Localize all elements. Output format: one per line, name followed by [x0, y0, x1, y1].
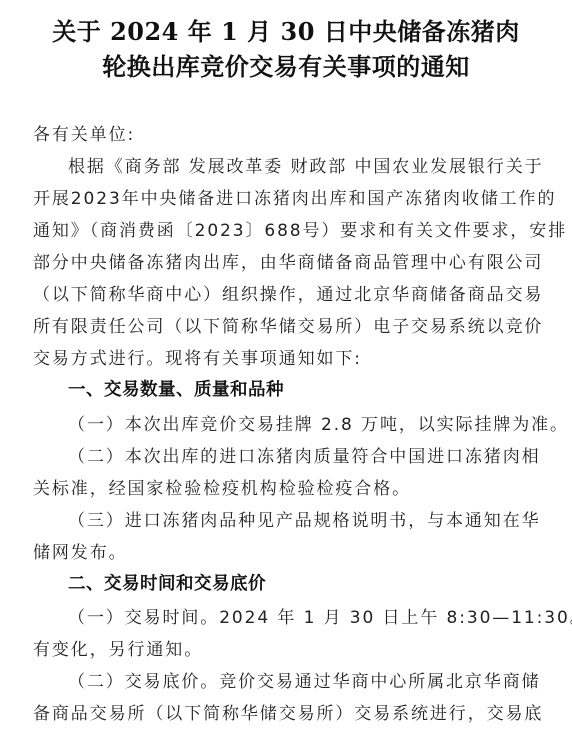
section-heading-2: 二、交易时间和交易底价 — [68, 570, 266, 595]
body-line: 根据《商务部 发展改革委 财政部 中国农业发展银行关于 — [68, 152, 544, 177]
section2-line: （二）交易底价。竞价交易通过华商中心所属北京华商储 — [68, 667, 541, 692]
section2-line: 有变化，另行通知。 — [33, 635, 203, 660]
body-line: 部分中央储备冻猪肉出库，由华商储备商品管理中心有限公司 — [33, 248, 543, 273]
section1-line: 储网发布。 — [33, 538, 128, 563]
body-line: 所有限责任公司（以下简称华储交易所）电子交易系统以竞价 — [33, 312, 543, 337]
body-line: （以下简称华商中心）组织操作，通过北京华商储备商品交易 — [33, 280, 543, 305]
document-title-line-1: 关于 2024 年 1 月 30 日中央储备冻猪肉 — [0, 12, 572, 47]
section1-line: （三）进口冻猪肉品种见产品规格说明书，与本通知在华 — [68, 506, 541, 531]
body-line: 开展2023年中央储备进口冻猪肉出库和国产冻猪肉收储工作的 — [33, 184, 556, 209]
section1-line: （一）本次出库竞价交易挂牌 2.8 万吨，以实际挂牌为准。 — [68, 410, 569, 435]
section1-line: 关标准，经国家检验检疫机构检验检疫合格。 — [33, 474, 411, 499]
section2-line: （一）交易时间。2024 年 1 月 30 日上午 8:30—11:30。如 — [68, 603, 572, 628]
section-heading-1: 一、交易数量、质量和品种 — [68, 376, 284, 401]
section2-line: 备商品交易所（以下简称华储交易所）交易系统进行，交易底 — [33, 699, 543, 724]
salutation: 各有关单位: — [33, 120, 135, 145]
section1-line: （二）本次出库的进口冻猪肉质量符合中国进口冻猪肉相 — [68, 442, 541, 467]
body-line: 交易方式进行。现将有关事项通知如下: — [33, 344, 362, 369]
document-title-line-2: 轮换出库竞价交易有关事项的通知 — [0, 47, 572, 82]
body-line: 通知》（商消费函〔2023〕688号）要求和有关文件要求，安排 — [33, 216, 567, 241]
